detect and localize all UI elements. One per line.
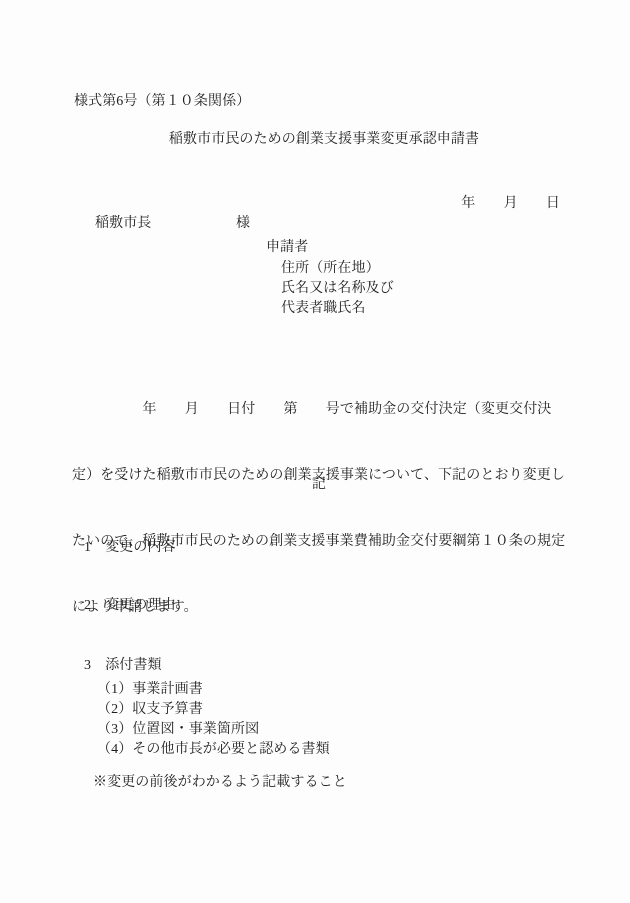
attachment-business-plan: （1）事業計画書 [97,681,203,699]
attachment-budget: （2）収支予算書 [97,701,203,719]
list-item-change-contents: 1 変更の内容 [84,539,176,557]
section-marker-ki: 記 [0,476,630,494]
body-paragraph: 年 月 日付 第 号で補助金の交付決定（変更交付決 定）を受けた稲敷市市民のため… [72,355,572,663]
form-number: 様式第6号（第１０条関係） [74,93,250,111]
attachment-other-documents: （4）その他市長が必要と認める書類 [97,741,330,759]
document-page: 様式第6号（第１０条関係） 稲敷市市民のための創業支援事業変更承認申請書 年 月… [0,0,630,903]
body-line: 年 月 日付 第 号で補助金の交付決定（変更交付決 [72,399,572,421]
applicant-label: 申請者 [266,239,308,257]
applicant-field-address: 住所（所在地） [281,260,380,278]
footnote: ※変更の前後がわかるよう記載すること [93,774,347,792]
date-blank-line: 年 月 日 [461,195,560,213]
list-item-change-reason: 2 変更の理由 [84,597,176,615]
addressee-line: 稲敷市長 様 [95,215,250,233]
applicant-field-representative: 代表者職氏名 [281,300,366,318]
document-title: 稲敷市市民のための創業支援事業変更承認申請書 [0,131,630,149]
applicant-field-name: 氏名又は名称及び [281,280,394,298]
attachment-location-map: （3）位置図・事業箇所図 [97,721,259,739]
list-item-attachments: 3 添付書類 [84,657,162,675]
